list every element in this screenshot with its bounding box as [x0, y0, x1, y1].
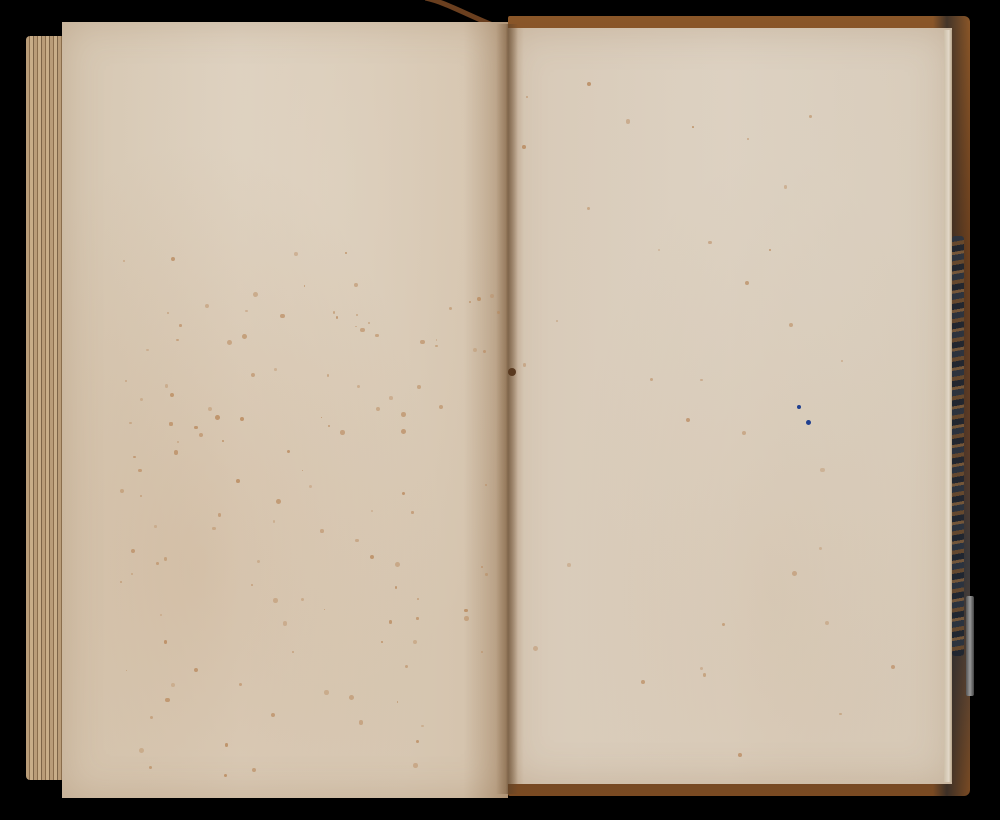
- binding-hole: [508, 368, 516, 376]
- foxing-spot: [253, 292, 258, 297]
- foxing-spot: [239, 683, 242, 686]
- foxing-spot: [401, 412, 406, 417]
- foxing-spot: [738, 753, 742, 757]
- foxing-spot: [283, 621, 287, 625]
- foxing-spot: [708, 241, 712, 245]
- foxing-spot: [340, 430, 345, 435]
- cover-clasp: [966, 596, 974, 696]
- foxing-spot: [294, 252, 298, 256]
- foxing-spot: [375, 334, 378, 337]
- foxing-spot: [526, 96, 528, 98]
- foxing-spot: [245, 310, 248, 313]
- foxing-spot: [411, 511, 413, 513]
- foxing-spot: [692, 126, 694, 128]
- foxing-spot: [567, 563, 571, 567]
- foxing-spot: [355, 326, 357, 328]
- foxing-spot: [131, 549, 135, 553]
- foxing-spot: [129, 422, 132, 425]
- foxing-spot: [179, 324, 182, 327]
- foxing-spot: [276, 499, 281, 504]
- foxing-spot: [194, 426, 197, 429]
- right-page: [506, 28, 952, 784]
- foxing-spot: [164, 557, 168, 561]
- foxing-spot: [481, 651, 483, 653]
- right-page-fore-edge: [944, 30, 952, 782]
- foxing-spot: [485, 573, 488, 576]
- foxing-spot: [626, 119, 630, 123]
- foxing-spot: [703, 673, 707, 677]
- foxing-spot: [389, 620, 393, 624]
- foxing-spot: [745, 281, 749, 285]
- foxing-spot: [274, 368, 277, 371]
- foxing-spot: [165, 698, 169, 702]
- foxing-spot: [395, 562, 400, 567]
- foxing-spot: [236, 479, 240, 483]
- foxing-spot: [389, 396, 393, 400]
- foxing-spot: [215, 415, 220, 420]
- foxing-spot: [413, 763, 418, 768]
- book-gutter: [496, 24, 518, 794]
- foxing-spot: [227, 340, 232, 345]
- foxing-spot: [212, 527, 215, 530]
- foxing-spot: [700, 379, 702, 381]
- foxing-spot: [401, 429, 406, 434]
- foxing-spot: [208, 407, 212, 411]
- foxing-spot: [123, 260, 125, 262]
- foxing-spot: [497, 311, 500, 314]
- foxing-spot: [320, 529, 324, 533]
- foxing-spot: [395, 586, 398, 589]
- foxing-spot: [357, 385, 360, 388]
- foxing-spot: [171, 683, 175, 687]
- foxing-spot: [809, 115, 812, 118]
- foxing-spot: [327, 374, 329, 376]
- foxing-spot: [194, 668, 198, 672]
- foxing-spot: [218, 513, 221, 516]
- foxing-spot: [464, 616, 469, 621]
- foxing-spot: [292, 651, 294, 653]
- foxing-spot: [722, 623, 725, 626]
- foxing-spot: [171, 257, 175, 261]
- foxing-spot: [658, 249, 660, 251]
- foxing-spot: [139, 748, 144, 753]
- foxing-spot: [146, 349, 149, 352]
- foxing-spot: [784, 185, 788, 189]
- foxing-spot: [336, 316, 339, 319]
- foxing-spot: [481, 566, 483, 568]
- left-page: [62, 22, 508, 798]
- foxing-spot: [169, 422, 172, 425]
- foxing-spot: [417, 385, 421, 389]
- book-photo: [0, 0, 1000, 820]
- foxing-spot: [477, 297, 481, 301]
- foxing-spot: [125, 380, 127, 382]
- foxing-spot: [522, 145, 526, 149]
- foxing-spot: [120, 489, 124, 493]
- foxing-spot: [242, 334, 247, 339]
- foxing-spot: [355, 539, 358, 542]
- ink-dot: [797, 405, 801, 409]
- foxing-spot: [324, 690, 328, 694]
- foxing-spot: [841, 360, 843, 362]
- ink-dot: [806, 420, 811, 425]
- foxing-spot: [354, 283, 358, 287]
- foxing-spot: [742, 431, 746, 435]
- foxing-spot: [154, 525, 156, 527]
- foxing-spot: [345, 252, 347, 254]
- foxing-spot: [416, 617, 418, 619]
- foxing-spot: [556, 320, 558, 322]
- foxing-spot: [792, 571, 797, 576]
- foxing-spot: [149, 766, 152, 769]
- foxing-spot: [156, 562, 159, 565]
- foxing-spot: [891, 665, 895, 669]
- foxing-spot: [416, 740, 419, 743]
- foxing-spot: [120, 581, 122, 583]
- foxing-spot: [273, 598, 278, 603]
- foxing-spot: [251, 584, 253, 586]
- foxing-spot: [839, 713, 841, 715]
- foxing-spot: [133, 456, 135, 458]
- foxing-spot: [789, 323, 793, 327]
- foxing-spot: [131, 573, 133, 575]
- foxing-spot: [439, 405, 443, 409]
- marbled-edge: [952, 236, 964, 656]
- foxing-spot: [176, 339, 178, 341]
